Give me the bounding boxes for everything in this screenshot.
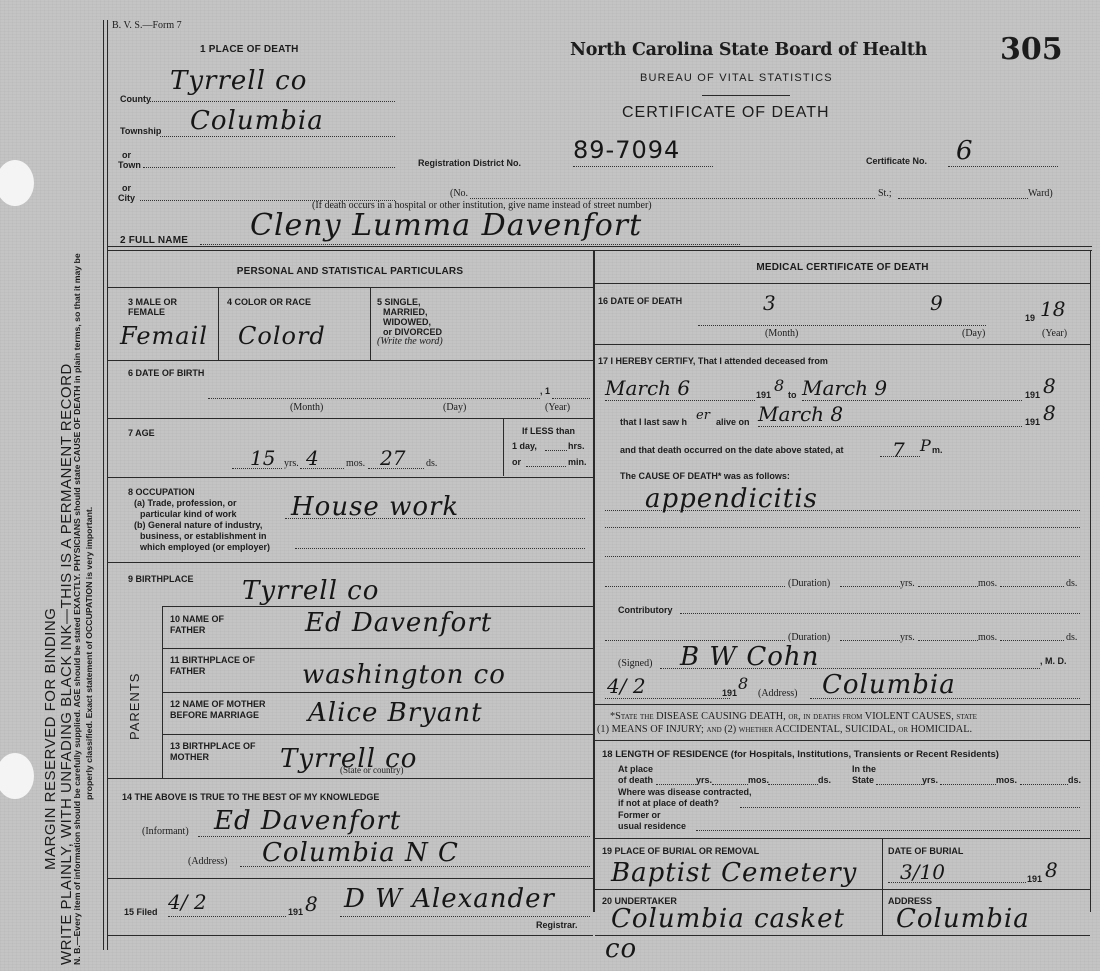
- age-years-value: 15: [250, 446, 275, 470]
- form-id: B. V. S.—Form 7: [112, 20, 182, 31]
- age-days-unit: ds.: [426, 458, 437, 469]
- frame-right-line: [1090, 250, 1091, 912]
- residence-state-mos-field[interactable]: [940, 776, 996, 785]
- attended-from-value: March 6: [605, 376, 690, 400]
- informant-label: (Informant): [142, 826, 189, 837]
- dob-label: 6 DATE OF BIRTH: [128, 368, 204, 378]
- duration-mos-label: mos.: [978, 578, 997, 589]
- in-the-label: In the: [852, 764, 876, 774]
- dob-day-label: (Day): [443, 402, 466, 413]
- burial-date-field[interactable]: 3/10: [888, 860, 1026, 883]
- burial-place-label: 19 PLACE OF BURIAL OR REMOVAL: [602, 846, 759, 856]
- death-time-value: 7: [892, 438, 905, 462]
- sex-label: 3 MALE OR FEMALE: [128, 297, 208, 317]
- last-saw-label: that I last saw h: [620, 417, 687, 427]
- town-label: Town: [118, 160, 141, 170]
- age-years-field[interactable]: 15: [232, 446, 282, 469]
- race-label: 4 COLOR OR RACE: [227, 297, 311, 307]
- father-birthplace-field[interactable]: washington co: [290, 660, 590, 690]
- rule: [595, 344, 1090, 345]
- mother-name-label: 12 NAME OF MOTHER BEFORE MARRIAGE: [170, 699, 290, 721]
- age-label: 7 AGE: [128, 428, 155, 438]
- contracted-label-2: if not at place of death?: [618, 798, 719, 808]
- mother-birthplace-field[interactable]: Tyrrell co: [270, 744, 590, 776]
- registrar-field[interactable]: D W Alexander: [340, 884, 590, 917]
- residence-place-yrs-label: yrs.: [696, 775, 712, 785]
- father-name-label: 10 NAME OF FATHER: [170, 614, 260, 636]
- race-value[interactable]: Colord: [238, 322, 326, 350]
- dob-month-day-field[interactable]: [208, 390, 540, 399]
- mother-birthplace-label: 13 BIRTHPLACE OF MOTHER: [170, 741, 270, 763]
- occupation-b: (b) General nature of industry,: [128, 520, 270, 531]
- filed-label: 15 Filed: [124, 907, 158, 917]
- residence-place-ds-label: ds.: [818, 775, 831, 785]
- md-label: , M. D.: [1040, 656, 1067, 666]
- occupation-field[interactable]: House work: [285, 492, 585, 519]
- attended-to-field[interactable]: March 9: [802, 376, 1022, 401]
- city-or-label: or: [122, 183, 131, 193]
- mother-name-field[interactable]: Alice Bryant: [300, 698, 590, 733]
- signed-value: B W Cohn: [680, 642, 819, 672]
- age-years-unit: yrs.: [284, 458, 299, 469]
- filed-year-prefix: 191: [288, 907, 303, 917]
- marital-hint: (Write the word): [377, 337, 443, 347]
- certificate-no-value: 6: [956, 136, 974, 166]
- death-time-field[interactable]: 7: [880, 438, 920, 457]
- father-name-field[interactable]: Ed Davenfort: [265, 608, 585, 648]
- rule: [107, 360, 593, 361]
- alive-on-label: alive on: [716, 417, 750, 427]
- street-no-field[interactable]: [470, 188, 875, 199]
- contrib-ds-label: ds.: [1066, 632, 1077, 643]
- duration-label: (Duration): [788, 578, 830, 589]
- age-months-field[interactable]: 4: [300, 446, 344, 469]
- contracted-field[interactable]: [740, 799, 1080, 808]
- certify-label: 17 I HEREBY CERTIFY, That I attended dec…: [598, 356, 828, 366]
- cause-line-3[interactable]: [605, 550, 1080, 557]
- birthplace-label: 9 BIRTHPLACE: [128, 574, 194, 584]
- rule: [218, 288, 219, 360]
- former-label-2: usual residence: [618, 821, 686, 831]
- death-day-label: (Day): [962, 328, 985, 339]
- rule: [595, 935, 1090, 936]
- less-day-label: 1 day,: [512, 441, 537, 451]
- footnote-line-1: *State the DISEASE CAUSING DEATH, or, in…: [610, 711, 977, 722]
- signed-date-value: 4/ 2: [607, 674, 646, 698]
- contrib-yrs-field[interactable]: [840, 632, 900, 641]
- township-label: Township: [120, 126, 161, 136]
- physician-address-label: (Address): [758, 688, 797, 699]
- binding-hole-top: [0, 160, 34, 206]
- residence-place-mos-field[interactable]: [712, 776, 748, 785]
- rule: [107, 562, 593, 563]
- date-of-death-month-day-field[interactable]: 3 9: [698, 305, 986, 326]
- filed-date-field[interactable]: 4/ 2: [168, 890, 286, 917]
- undertaker-field[interactable]: Columbia casket co: [605, 904, 880, 934]
- filed-date-value: 4/ 2: [168, 890, 207, 914]
- binding-hole-bottom: [0, 753, 34, 799]
- certificate-title: CERTIFICATE OF DEATH: [622, 104, 830, 122]
- certificate-no-label: Certificate No.: [866, 156, 927, 166]
- residence-state-ds-label: ds.: [1068, 775, 1081, 785]
- county-label: County: [120, 94, 151, 104]
- residence-place-yrs-field[interactable]: [656, 776, 696, 785]
- township-value: Columbia: [190, 106, 324, 136]
- to-year-value[interactable]: 8: [1043, 374, 1056, 398]
- duration-ds-field[interactable]: [1000, 578, 1064, 587]
- less-hours-field[interactable]: [545, 441, 567, 451]
- residence-place-ds-field[interactable]: [768, 776, 818, 785]
- mother-birthplace-value: Tyrrell co: [280, 744, 417, 774]
- rule: [107, 935, 593, 936]
- signed-year-value[interactable]: 8: [738, 674, 748, 693]
- informant-value: Ed Davenfort: [214, 806, 401, 836]
- header-rule: [702, 95, 790, 96]
- mother-name-value: Alice Bryant: [308, 698, 483, 728]
- rule: [162, 734, 593, 735]
- occupation-industry-field[interactable]: [295, 540, 585, 549]
- dob-month-label: (Month): [290, 402, 323, 413]
- last-saw-date-value: March 8: [758, 402, 843, 426]
- rule: [370, 288, 371, 360]
- contrib-mos-field[interactable]: [918, 632, 978, 641]
- last-saw-year-prefix: 191: [1025, 417, 1040, 427]
- to-year-prefix: 191: [1025, 390, 1040, 400]
- death-year-prefix: 19: [1025, 313, 1035, 323]
- page-number: 305: [1000, 32, 1063, 67]
- attended-to-value: March 9: [802, 376, 887, 400]
- informant-address-field[interactable]: Columbia N C: [240, 838, 590, 867]
- burial-place-value: Baptist Cemetery: [611, 858, 857, 888]
- death-day-value: 9: [930, 291, 943, 315]
- full-name-field[interactable]: Cleny Lumma Davenfort: [200, 208, 740, 245]
- occupation-label: 8 OCCUPATION (a) Trade, profession, or p…: [128, 487, 270, 553]
- county-field[interactable]: Tyrrell co: [150, 66, 395, 102]
- signed-date-field[interactable]: 4/ 2: [605, 674, 730, 699]
- place-of-death-heading: 1 PLACE OF DEATH: [200, 44, 299, 55]
- former-label: Former or: [618, 810, 661, 820]
- bureau-name: BUREAU OF VITAL STATISTICS: [640, 72, 833, 84]
- physician-address-value: Columbia: [822, 670, 956, 700]
- name-rule-2: [107, 250, 1092, 251]
- residence-state-yrs-label: yrs.: [922, 775, 938, 785]
- rule: [595, 740, 1090, 741]
- rule: [162, 606, 593, 607]
- column-divider: [593, 250, 595, 912]
- occupation-b3: which employed (or employer): [128, 542, 270, 553]
- street-label: St.;: [878, 188, 892, 199]
- birthplace-field[interactable]: Tyrrell co: [232, 576, 582, 606]
- residence-place-mos-label: mos.: [748, 775, 769, 785]
- informant-field[interactable]: Ed Davenfort: [198, 806, 590, 837]
- burial-date-label: DATE OF BURIAL: [888, 846, 963, 856]
- contrib-duration-pre: [605, 632, 785, 641]
- physician-address-field[interactable]: Columbia: [810, 670, 1080, 699]
- from-year-value[interactable]: 8: [774, 376, 784, 395]
- last-saw-year-value[interactable]: 8: [1043, 401, 1056, 425]
- personal-heading: PERSONAL AND STATISTICAL PARTICULARS: [107, 266, 593, 277]
- parents-label: PARENTS: [127, 673, 142, 740]
- cause-line-2[interactable]: [605, 521, 1080, 528]
- rule: [107, 477, 593, 478]
- burial-place-field[interactable]: Baptist Cemetery: [605, 858, 885, 888]
- father-birthplace-value: washington co: [302, 660, 506, 690]
- occupation-value: House work: [291, 492, 459, 522]
- father-birthplace-label: 11 BIRTHPLACE OF FATHER: [170, 655, 270, 677]
- rule: [595, 838, 1090, 839]
- burial-date-value: 3/10: [900, 860, 945, 884]
- duration-mos-field[interactable]: [918, 578, 978, 587]
- undertaker-address-field[interactable]: Columbia: [888, 904, 1083, 934]
- undertaker-value: Columbia casket co: [605, 904, 845, 964]
- less-or-label: or: [512, 457, 521, 467]
- marital-married: MARRIED,: [377, 307, 443, 317]
- dob-year-prefix: , 1: [540, 386, 550, 396]
- full-name-label: 2 FULL NAME: [120, 235, 188, 246]
- ward-label: Ward): [1028, 188, 1053, 199]
- cause-duration-pre: [605, 578, 785, 587]
- death-certificate-scan: MARGIN RESERVED FOR BINDING WRITE PLAINL…: [0, 0, 1100, 971]
- rule: [107, 287, 593, 288]
- margin-nb-line-1: N. B.—Every item of information should b…: [72, 253, 82, 965]
- frame-left-line-2: [107, 20, 108, 950]
- residence-state-mos-label: mos.: [996, 775, 1017, 785]
- death-time-suffix: m.: [932, 445, 943, 455]
- informant-heading: 14 THE ABOVE IS TRUE TO THE BEST OF MY K…: [122, 792, 379, 802]
- burial-year-prefix: 191: [1027, 874, 1042, 884]
- town-or-label: or: [122, 150, 131, 160]
- death-month-value: 3: [763, 291, 776, 315]
- age-months-value: 4: [306, 446, 319, 470]
- marital-single: 5 SINGLE,: [377, 297, 443, 307]
- marital-label: 5 SINGLE, MARRIED, WIDOWED, or DIVORCED …: [377, 297, 443, 347]
- contracted-label: Where was disease contracted,: [618, 787, 752, 797]
- street-no-label: (No.: [450, 188, 468, 199]
- county-value: Tyrrell co: [170, 66, 307, 96]
- former-residence-field[interactable]: [696, 822, 1080, 831]
- birthplace-value: Tyrrell co: [242, 576, 379, 606]
- undertaker-address-value: Columbia: [896, 904, 1030, 934]
- margin-binding-note: MARGIN RESERVED FOR BINDING: [42, 608, 59, 870]
- duration-ds-label: ds.: [1066, 578, 1077, 589]
- registrar-label: Registrar.: [536, 920, 578, 930]
- death-month-label: (Month): [765, 328, 798, 339]
- margin-nb-line-2: properly classified. Exact statement of …: [84, 507, 94, 800]
- registration-district-value: 89-7094: [573, 136, 680, 164]
- registration-district-label: Registration District No.: [418, 158, 521, 168]
- registration-district-field[interactable]: 89-7094: [573, 136, 713, 167]
- informant-address-label: (Address): [188, 856, 227, 867]
- death-year-value[interactable]: 18: [1040, 297, 1065, 321]
- rule: [503, 418, 504, 476]
- dob-year-field[interactable]: [552, 390, 590, 399]
- signed-year-prefix: 191: [722, 688, 737, 698]
- frame-left-line: [103, 20, 104, 950]
- full-name-value: Cleny Lumma Davenfort: [250, 208, 642, 243]
- registrar-value: D W Alexander: [344, 884, 555, 914]
- rule: [162, 648, 593, 649]
- state-label: State: [852, 775, 874, 785]
- marital-field[interactable]: [470, 300, 585, 350]
- rule: [595, 704, 1090, 705]
- informant-address-value: Columbia N C: [262, 838, 459, 868]
- last-saw-date-field[interactable]: March 8: [758, 402, 1022, 427]
- age-days-value: 27: [380, 446, 405, 470]
- of-death-label: of death: [618, 775, 653, 785]
- death-time-label: and that death occurred on the date abov…: [620, 445, 844, 455]
- dob-year-label: (Year): [545, 402, 570, 413]
- cause-value: appendicitis: [645, 484, 818, 514]
- signed-field[interactable]: B W Cohn: [660, 642, 1040, 669]
- rule: [595, 889, 1090, 890]
- town-field[interactable]: [143, 155, 395, 168]
- death-year-label: (Year): [1042, 328, 1067, 339]
- less-min-label: min.: [568, 457, 587, 467]
- name-rule: [107, 246, 1092, 247]
- from-year-prefix: 191: [756, 390, 771, 400]
- residence-state-yrs-field[interactable]: [876, 776, 922, 785]
- age-days-field[interactable]: 27: [368, 446, 424, 469]
- last-saw-pronoun[interactable]: er: [696, 408, 710, 423]
- contributory-field[interactable]: [680, 605, 1080, 614]
- filed-year-value[interactable]: 8: [305, 892, 318, 916]
- footnote-line-2: (1) MEANS OF INJURY; and (2) whether ACC…: [597, 724, 972, 735]
- less-minutes-field[interactable]: [526, 457, 566, 467]
- occupation-b2: business, or establishment in: [128, 531, 270, 542]
- father-name-value: Ed Davenfort: [305, 608, 492, 638]
- rule: [595, 283, 1090, 284]
- ward-field[interactable]: [898, 188, 1028, 199]
- cause-field[interactable]: appendicitis: [605, 484, 1080, 511]
- to-label: to: [788, 390, 797, 400]
- at-place-label: At place: [618, 764, 653, 774]
- rule: [882, 838, 883, 936]
- marital-widowed: WIDOWED,: [377, 317, 443, 327]
- less-hrs-label: hrs.: [568, 441, 585, 451]
- death-time-meridiem[interactable]: P: [920, 436, 931, 455]
- date-of-death-label: 16 DATE OF DEATH: [598, 296, 682, 306]
- occupation-a2: particular kind of work: [128, 509, 270, 520]
- attended-from-field[interactable]: March 6: [605, 376, 755, 401]
- residence-label: 18 LENGTH OF RESIDENCE (for Hospitals, I…: [602, 749, 999, 760]
- signed-label: (Signed): [618, 658, 652, 669]
- medical-heading: MEDICAL CERTIFICATE OF DEATH: [595, 262, 1090, 273]
- contrib-ds-field[interactable]: [1000, 632, 1064, 641]
- duration-yrs-field[interactable]: [840, 578, 900, 587]
- occupation-heading: 8 OCCUPATION: [128, 487, 270, 498]
- sex-value[interactable]: Femail: [120, 322, 208, 350]
- burial-year-value[interactable]: 8: [1045, 858, 1058, 882]
- board-name: North Carolina State Board of Health: [570, 40, 927, 60]
- less-than-label: If LESS than: [522, 426, 575, 436]
- certificate-no-field[interactable]: 6: [948, 136, 1058, 167]
- rule: [107, 778, 593, 779]
- duration-yrs-label: yrs.: [900, 578, 915, 589]
- rule: [162, 692, 593, 693]
- township-field[interactable]: Columbia: [160, 106, 395, 137]
- age-months-unit: mos.: [346, 458, 365, 469]
- rule: [107, 418, 593, 419]
- city-label: City: [118, 193, 135, 203]
- rule: [107, 878, 593, 879]
- cause-label: The CAUSE OF DEATH* was as follows:: [620, 471, 790, 481]
- residence-state-ds-field[interactable]: [1020, 776, 1068, 785]
- occupation-a: (a) Trade, profession, or: [128, 498, 270, 509]
- contributory-label: Contributory: [618, 605, 673, 615]
